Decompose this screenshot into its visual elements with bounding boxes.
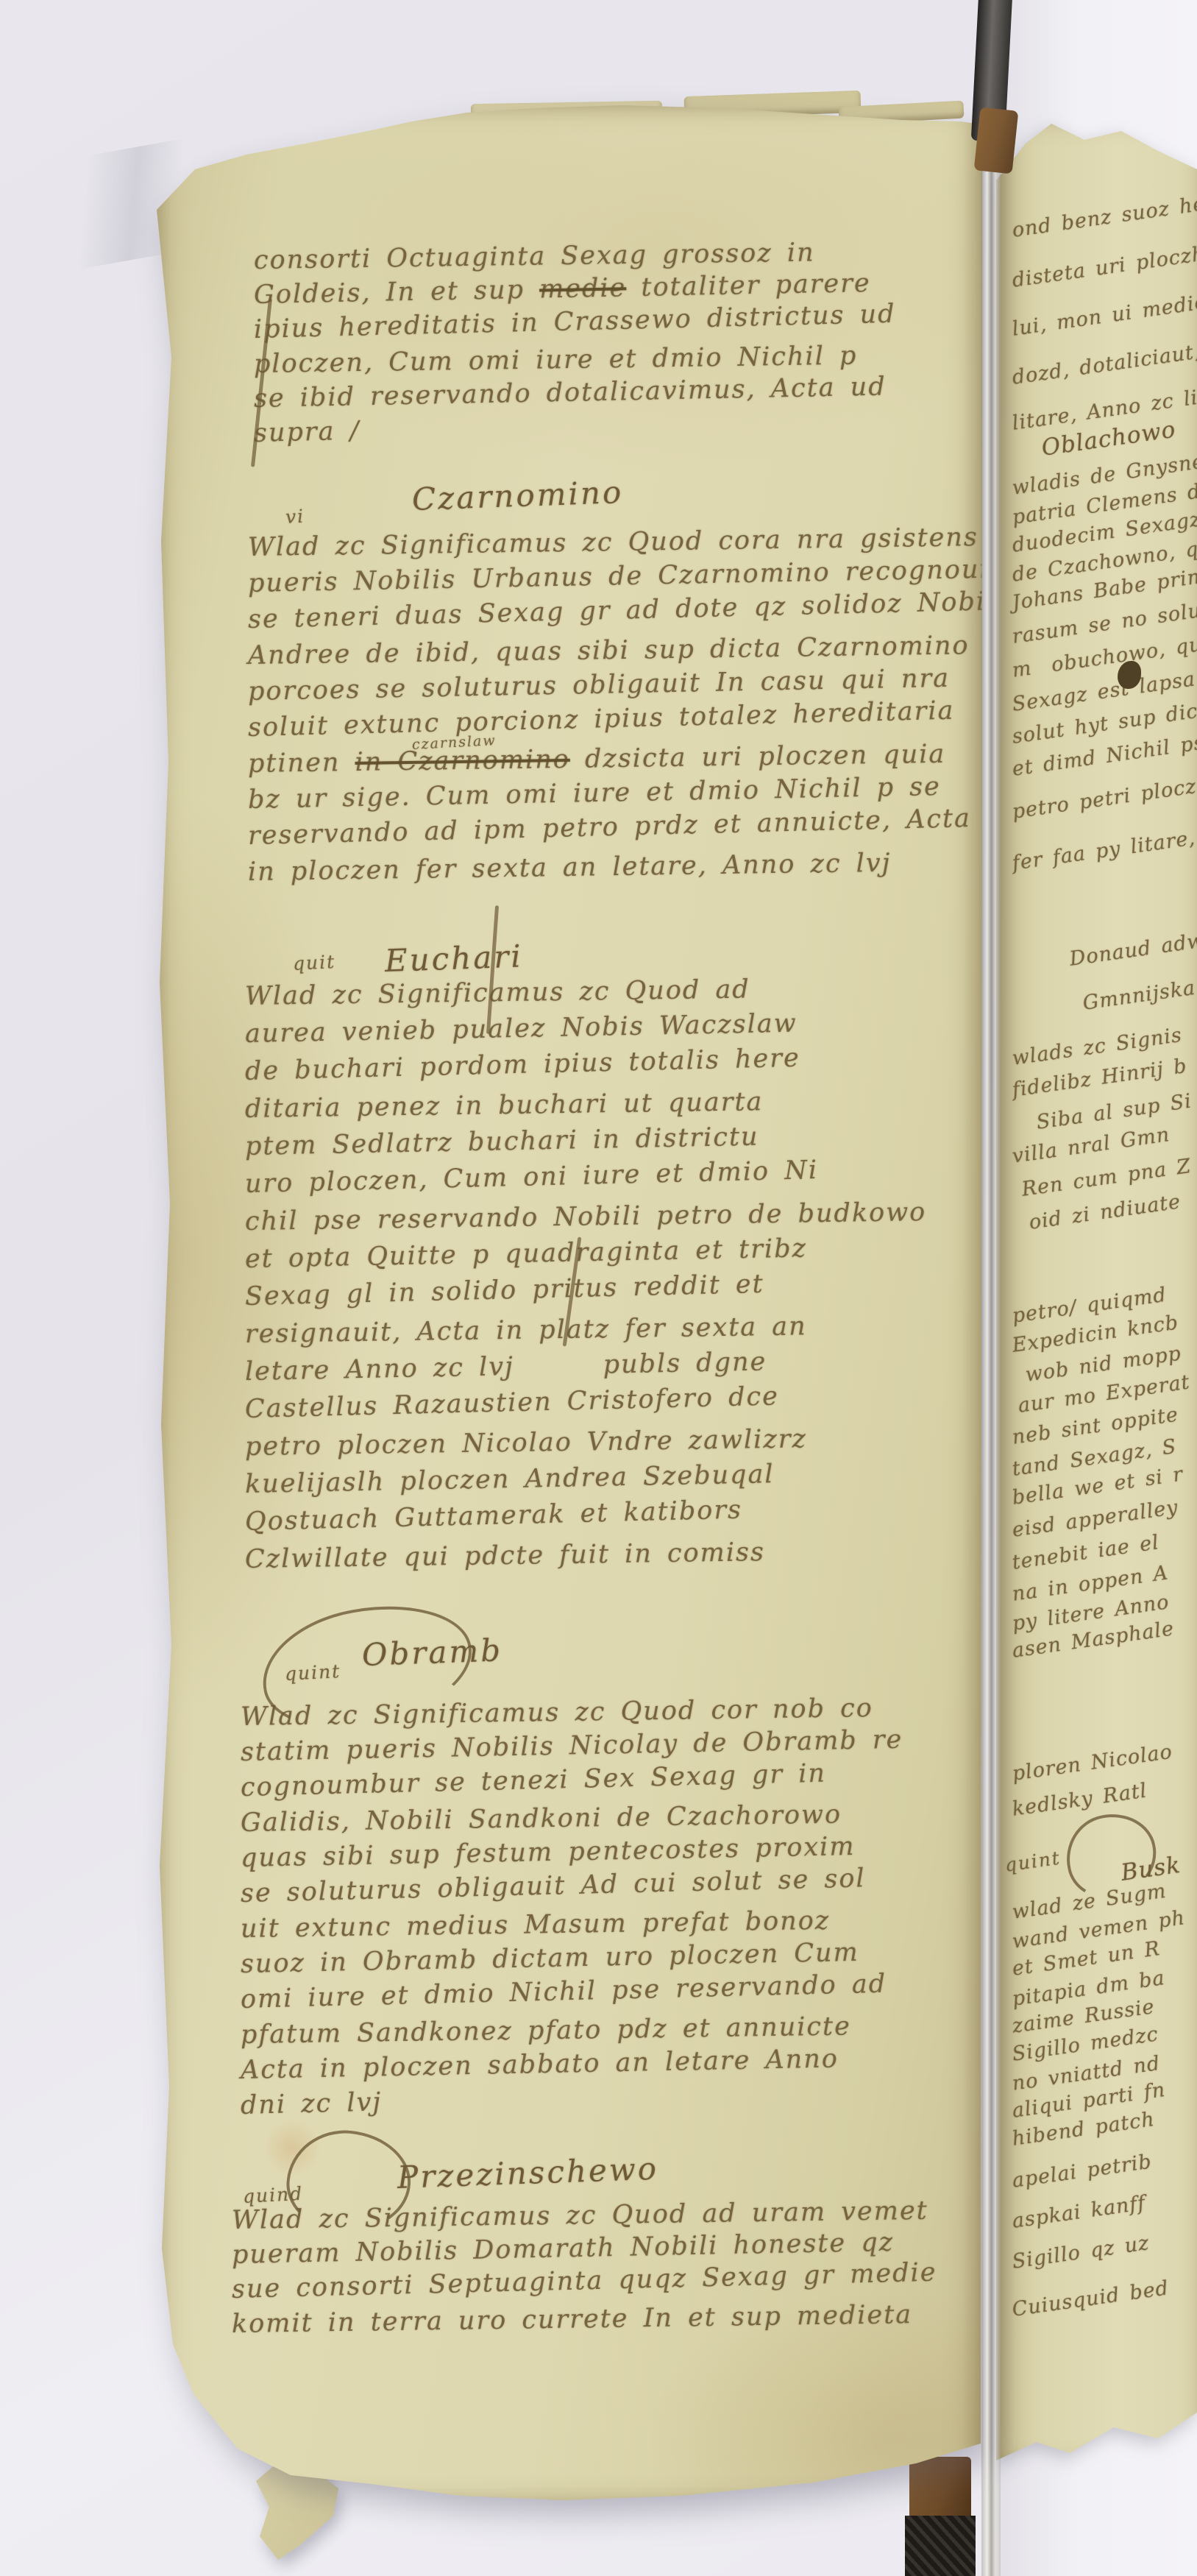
section-heading: Euchari: [384, 941, 523, 977]
manuscript-line: soluit extunc porcionz ipius totalez her…: [248, 698, 955, 741]
manuscript-line: Andree de ibid, quas sibi sup dicta Czar…: [248, 633, 970, 669]
manuscript-line: disteta uri ploczh, Cu: [1011, 238, 1197, 291]
manuscript-line: uit extunc medius Masum prefat bonoz: [241, 1908, 831, 1942]
manuscript-line: ptinen in Czarnomino dzsicta uri ploczen…: [248, 742, 946, 777]
manuscript-line: de buchari pordom ipius totalis here: [245, 1046, 801, 1085]
manuscript-line: kuelijaslh ploczen Andrea Szebuqal: [245, 1462, 775, 1498]
manuscript-line: ploren Nicolao: [1011, 1742, 1173, 1784]
left-page-paper: consorti Octuaginta Sexag grossoz inGold…: [151, 99, 982, 2510]
manuscript-line: ditaria penez in buchari ut quarta: [245, 1089, 764, 1122]
book-strap-top-tip: [974, 107, 1019, 174]
manuscript-photo: ond benz suoz heditdisteta uri ploczh, C…: [0, 0, 1197, 2576]
manuscript-line: Wlad zc Significamus zc Quod cora nra gs…: [248, 525, 978, 561]
manuscript-line: Qostuach Guttamerak et katibors: [245, 1497, 743, 1535]
manuscript-line: aspkai kanff: [1011, 2193, 1147, 2232]
manuscript-line: kedlsky Ratl: [1011, 1780, 1148, 1819]
margin-note: vi: [285, 507, 305, 526]
manuscript-line: oid zi ndiuate: [1028, 1192, 1182, 1233]
manuscript-line: ptem Sedlatrz buchari in districtu: [245, 1125, 759, 1160]
manuscript-line: apelai petrib: [1011, 2152, 1153, 2191]
manuscript-line: Siba al sup Si: [1035, 1091, 1193, 1133]
manuscript-line: se soluturus obligauit Ad cui solut se s…: [241, 1866, 866, 1907]
manuscript-line: resignauit, Acta in platz fer sexta an: [245, 1314, 807, 1348]
manuscript-line: in ploczen fer sexta an letare, Anno zc …: [248, 851, 892, 885]
section-heading: Przezinschewo: [397, 2154, 658, 2193]
manuscript-line: Acta in ploczen sabbato an letare Anno: [241, 2046, 839, 2084]
manuscript-line: Castellus Razaustien Cristofero dce: [245, 1384, 780, 1423]
manuscript-line: Sigillo qz uz: [1011, 2233, 1151, 2272]
manuscript-line: aurea venieb pualez Nobis Waczslaw: [245, 1011, 798, 1047]
manuscript-line: petro petri plocz p: [1011, 774, 1197, 822]
manuscript-line: Gmnnijska: [1081, 978, 1197, 1013]
manuscript-line: fer faa py litare, C: [1011, 824, 1197, 874]
manuscript-line: letare Anno zc lvj publs dgne: [245, 1349, 767, 1385]
manuscript-line: pfatum Sandkonez pfato pdz et annuicte: [241, 2014, 851, 2048]
manuscript-line: consorti Octuaginta Sexag grossoz in: [254, 240, 815, 274]
manuscript-line: et opta Quitte p quadraginta et tribz: [245, 1236, 808, 1273]
manuscript-line: Galidis, Nobili Sandkoni de Czachorowo: [241, 1802, 842, 1836]
manuscript-line: lui, mon ui mediete: [1011, 289, 1197, 339]
manuscript-line: ploczen, Cum omi iure et dmio Nichil p: [254, 344, 858, 378]
strap-braid: [905, 2516, 976, 2576]
manuscript-line: dni zc lvj: [241, 2090, 383, 2119]
manuscript-line: dozd, dotaliciaut, Act: [1011, 335, 1197, 387]
manuscript-line: Donaud adw: [1068, 930, 1197, 969]
margin-note: quint: [1004, 1849, 1062, 1875]
manuscript-line: ond benz suoz hedit: [1011, 190, 1197, 241]
manuscript-line: Sexag gl in solido pritus reddit et: [245, 1272, 765, 1310]
manuscript-line: Cuiusquid bed: [1011, 2278, 1170, 2320]
manuscript-line: chil pse reservando Nobili petro de budk…: [245, 1200, 927, 1235]
manuscript-line: uro ploczen, Cum oni iure et dmio Ni: [245, 1158, 819, 1197]
glass-edge: [981, 0, 1001, 2576]
right-page-paper: ond benz suoz heditdisteta uri ploczh, C…: [996, 110, 1197, 2474]
manuscript-line: komit in terra uro currete In et sup med…: [232, 2302, 913, 2338]
right-page: ond benz suoz heditdisteta uri ploczh, C…: [996, 110, 1197, 2474]
manuscript-line: Wlad zc Significamus zc Quod ad: [245, 977, 750, 1010]
left-page: consorti Octuaginta Sexag grossoz inGold…: [151, 99, 982, 2510]
manuscript-line: petro ploczen Nicolao Vndre zawlizrz: [245, 1426, 807, 1460]
manuscript-line: se ibid reservando dotalicavimus, Acta u…: [254, 374, 887, 411]
section-heading: Czarnomino: [411, 477, 624, 515]
manuscript-line: supra /: [254, 418, 360, 447]
margin-note: quit: [292, 952, 335, 973]
manuscript-line: cognoumbur se tenezi Sex Sexag gr in: [241, 1761, 827, 1801]
manuscript-line: Czlwillate qui pdcte fuit in comiss: [245, 1540, 765, 1573]
manuscript-line: omi iure et dmio Nichil pse reservando a…: [241, 1972, 887, 2013]
